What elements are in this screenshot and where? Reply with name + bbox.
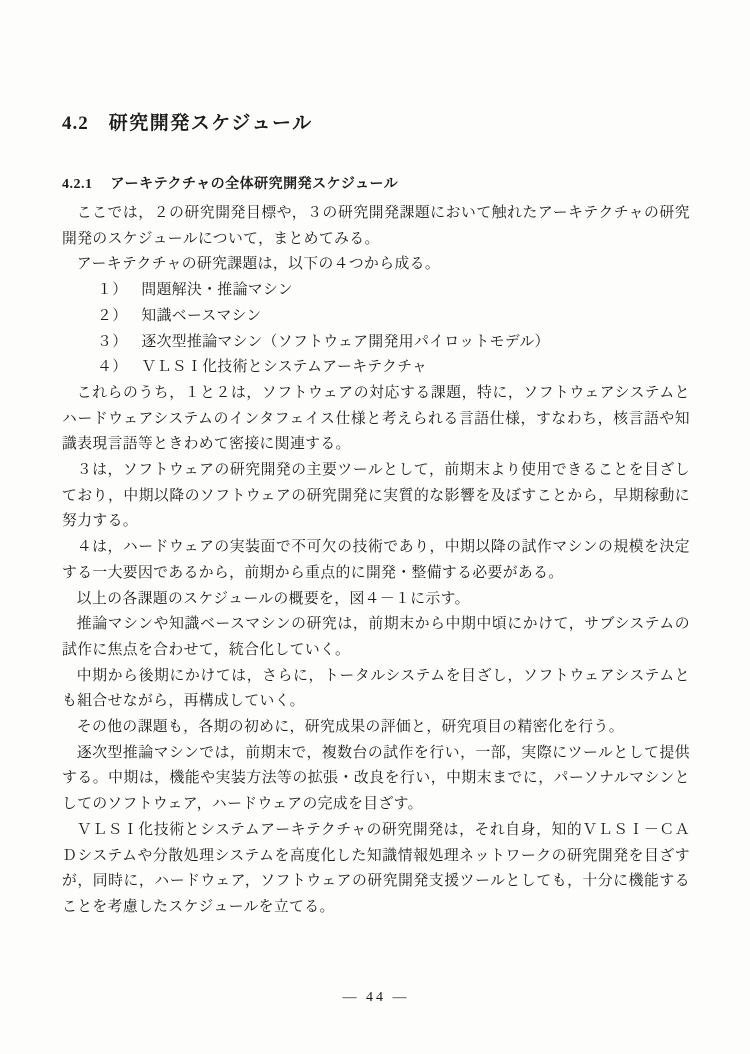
- paragraph: 逐次型推論マシンでは，前期末で，複数台の試作を行い，一部，実際にツールとして提供…: [62, 741, 690, 818]
- list-item: ３）逐次型推論マシン（ソフトウェア開発用パイロットモデル）: [62, 330, 690, 356]
- document-content: 4.2研究開発スケジュール 4.2.1アーキテクチャの全体研究開発スケジュール …: [62, 112, 690, 921]
- paragraph: ３は，ソフトウェアの研究開発の主要ツールとして，前期末より使用できることを目ざし…: [62, 458, 690, 535]
- paragraph: これらのうち，１と２は，ソフトウェアの対応する課題，特に，ソフトウェアシステムと…: [62, 381, 690, 458]
- paragraph: ここでは，２の研究開発目標や，３の研究開発課題において触れたアーキテクチャの研究…: [62, 201, 690, 252]
- page-number: — 44 —: [62, 988, 690, 1008]
- section-number: 4.2: [62, 112, 89, 136]
- subsection-title-text: アーキテクチャの全体研究開発スケジュール: [111, 177, 399, 192]
- section-title-text: 研究開発スケジュール: [109, 113, 313, 134]
- list-item: １）問題解決・推論マシン: [62, 278, 690, 304]
- section-heading: 4.2研究開発スケジュール: [62, 112, 690, 136]
- subsection-number: 4.2.1: [62, 176, 93, 194]
- list-item-text: 問題解決・推論マシン: [141, 282, 293, 298]
- list-item-number: ４）: [97, 355, 127, 381]
- list-item-number: ３）: [97, 330, 127, 356]
- paragraph: ＶＬＳＩ化技術とシステムアーキテクチャの研究開発は，それ自身，知的ＶＬＳＩ－ＣＡ…: [62, 818, 690, 921]
- list-item: ４）ＶＬＳＩ化技術とシステムアーキテクチャ: [62, 355, 690, 381]
- research-topic-list: １）問題解決・推論マシン ２）知識ベースマシン ３）逐次型推論マシン（ソフトウェ…: [62, 278, 690, 381]
- paragraph: その他の課題も，各期の初めに，研究成果の評価と，研究項目の精密化を行う。: [62, 715, 690, 741]
- list-item: ２）知識ベースマシン: [62, 304, 690, 330]
- paragraph: 以上の各課題のスケジュールの概要を，図４－１に示す。: [62, 587, 690, 613]
- document-page: 4.2研究開発スケジュール 4.2.1アーキテクチャの全体研究開発スケジュール …: [0, 0, 750, 1054]
- list-item-number: １）: [97, 278, 127, 304]
- paragraph: 中期から後期にかけては，さらに，トータルシステムを目ざし，ソフトウェアシステムと…: [62, 664, 690, 715]
- list-item-text: 逐次型推論マシン（ソフトウェア開発用パイロットモデル）: [141, 334, 549, 350]
- subsection-heading: 4.2.1アーキテクチャの全体研究開発スケジュール: [62, 176, 690, 194]
- paragraph: 推論マシンや知識ベースマシンの研究は，前期末から中期中頃にかけて，サブシステムの…: [62, 612, 690, 663]
- paragraph: アーキテクチャの研究課題は，以下の４つから成る。: [62, 252, 690, 278]
- list-item-number: ２）: [97, 304, 127, 330]
- list-item-text: 知識ベースマシン: [141, 308, 261, 324]
- body-text-block: ここでは，２の研究開発目標や，３の研究開発課題において触れたアーキテクチャの研究…: [62, 201, 690, 921]
- list-item-text: ＶＬＳＩ化技術とシステムアーキテクチャ: [141, 359, 427, 375]
- paragraph: ４は，ハードウェアの実装面で不可欠の技術であり，中期以降の試作マシンの規模を決定…: [62, 535, 690, 586]
